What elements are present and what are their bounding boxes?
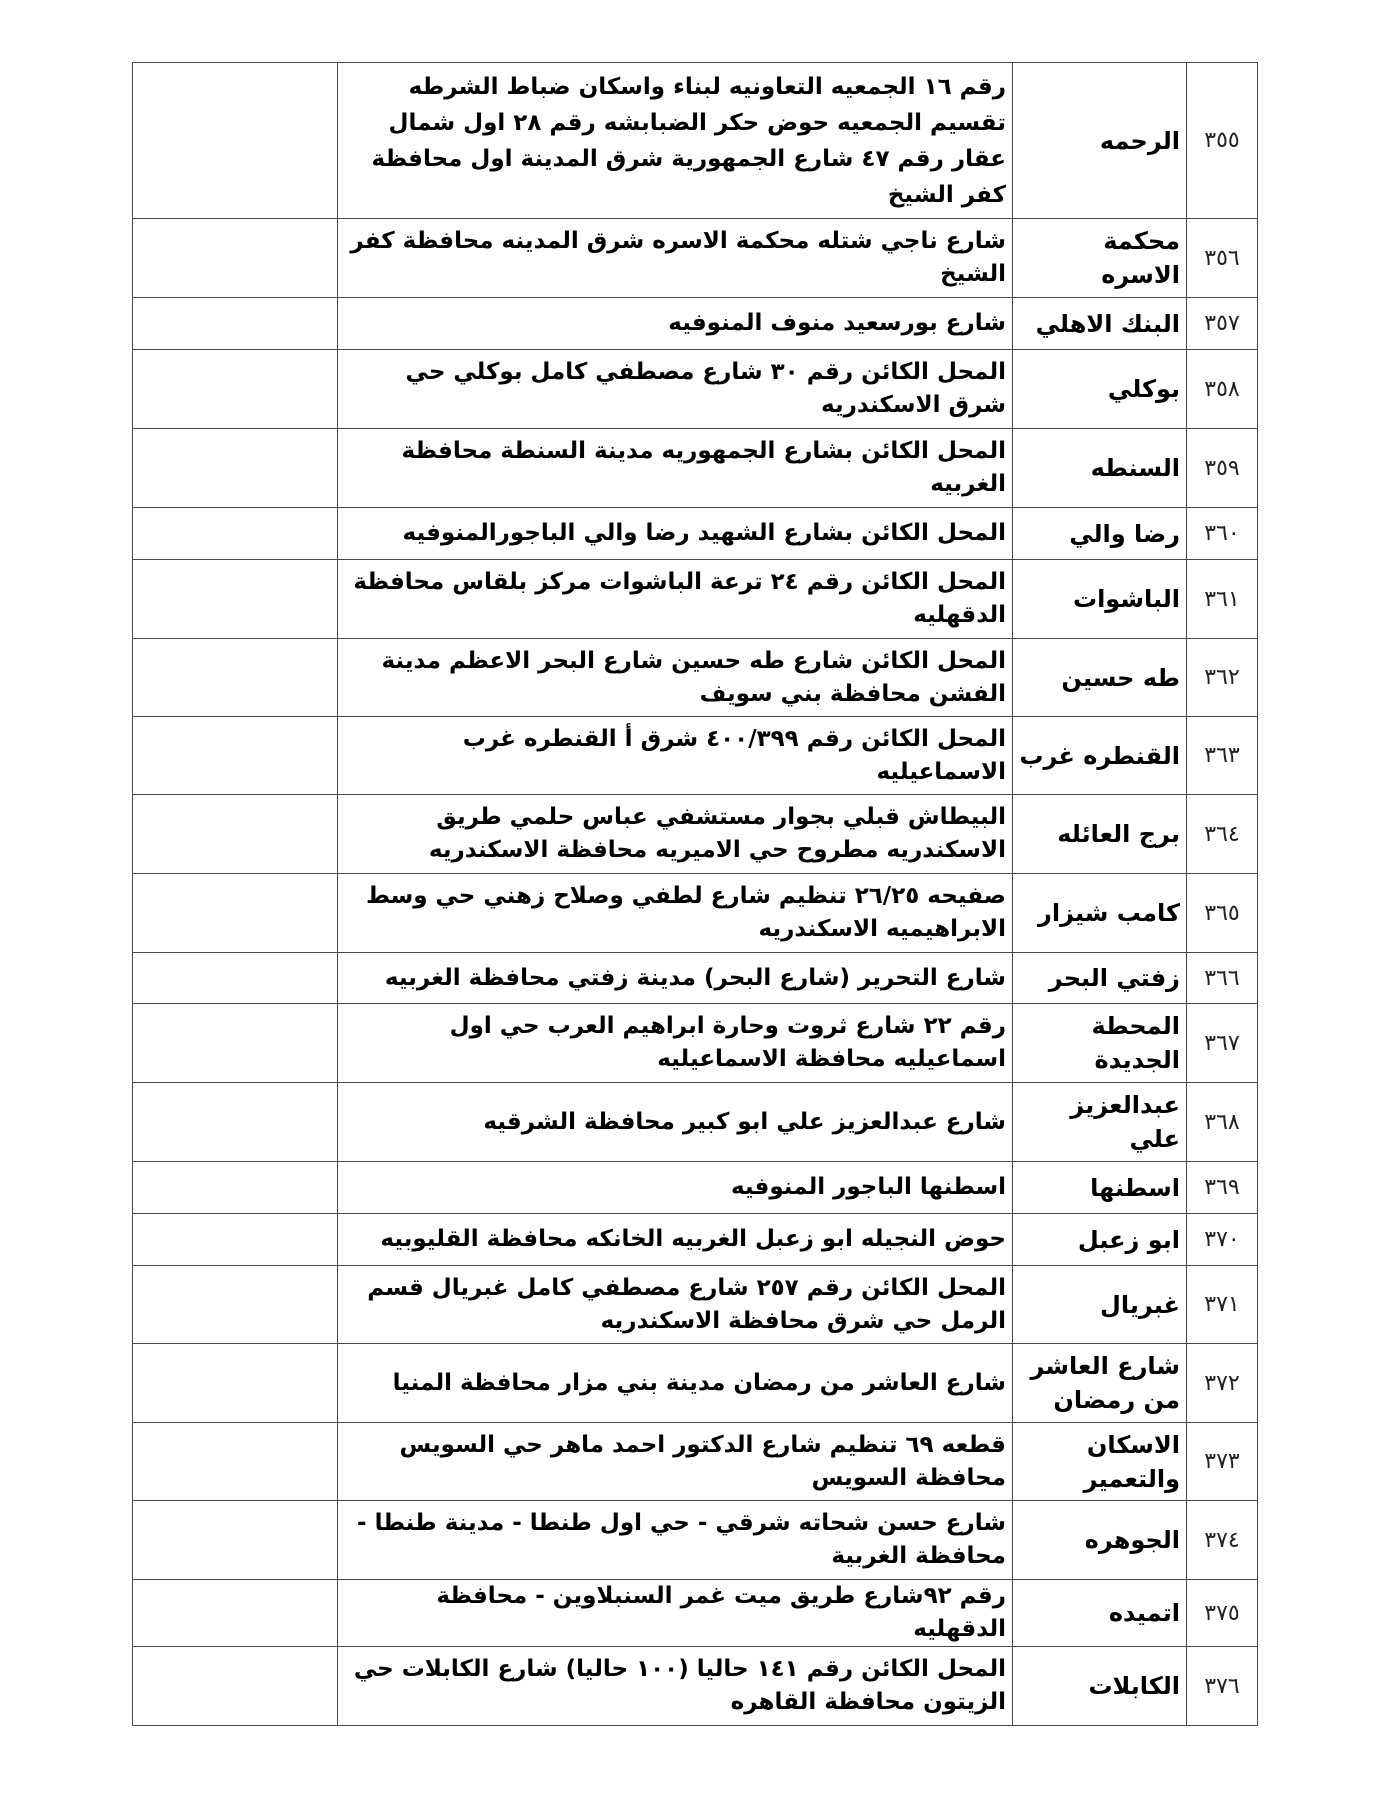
row-number-cell: ٣٦٤ [1187, 795, 1258, 874]
branch-name-cell: بوكلي [1013, 350, 1187, 429]
table-row: ٣٦٩ اسطنها اسطنها الباجور المنوفيه [133, 1162, 1258, 1214]
notes-cell [133, 1647, 338, 1726]
row-number-cell: ٣٧١ [1187, 1266, 1258, 1344]
row-number-cell: ٣٦٥ [1187, 874, 1258, 953]
branch-name-cell: ابو زعبل [1013, 1214, 1187, 1266]
row-number-cell: ٣٧٤ [1187, 1501, 1258, 1580]
row-number-cell: ٣٥٦ [1187, 219, 1258, 298]
notes-cell [133, 219, 338, 298]
branch-name-cell: القنطره غرب [1013, 717, 1187, 795]
address-cell: المحل الكائن رقم ٢٥٧ شارع مصطفي كامل غبر… [338, 1266, 1013, 1344]
table-row: ٣٧٥ اتميده رقم ٩٢شارع طريق ميت غمر السنب… [133, 1580, 1258, 1647]
row-number-cell: ٣٧٣ [1187, 1423, 1258, 1501]
notes-cell [133, 1083, 338, 1162]
table-row: ٣٥٥ الرحمه رقم ١٦ الجمعيه التعاونيه لبنا… [133, 63, 1258, 219]
table-row: ٣٧٦ الكابلات المحل الكائن رقم ١٤١ حاليا … [133, 1647, 1258, 1726]
table-row: ٣٧٤ الجوهره شارع حسن شحاته شرقي - حي اول… [133, 1501, 1258, 1580]
table-row: ٣٦٣ القنطره غرب المحل الكائن رقم ٤٠٠/٣٩٩… [133, 717, 1258, 795]
notes-cell [133, 1580, 338, 1647]
address-cell: المحل الكائن بشارع الجمهوريه مدينة السنط… [338, 429, 1013, 508]
notes-cell [133, 1214, 338, 1266]
address-cell: شارع حسن شحاته شرقي - حي اول طنطا - مدين… [338, 1501, 1013, 1580]
row-number-cell: ٣٦٦ [1187, 953, 1258, 1004]
notes-cell [133, 639, 338, 717]
notes-cell [133, 1004, 338, 1083]
row-number-cell: ٣٥٧ [1187, 298, 1258, 350]
address-cell: المحل الكائن رقم ٤٠٠/٣٩٩ شرق أ القنطره غ… [338, 717, 1013, 795]
notes-cell [133, 1162, 338, 1214]
table-row: ٣٥٧ البنك الاهلي شارع بورسعيد منوف المنو… [133, 298, 1258, 350]
branch-name-cell: شارع العاشر من رمضان [1013, 1344, 1187, 1423]
row-number-cell: ٣٧٥ [1187, 1580, 1258, 1647]
notes-cell [133, 795, 338, 874]
branch-name-cell: كامب شيزار [1013, 874, 1187, 953]
address-cell: رقم ٩٢شارع طريق ميت غمر السنبلاوين - محا… [338, 1580, 1013, 1647]
row-number-cell: ٣٧٦ [1187, 1647, 1258, 1726]
address-cell: المحل الكائن رقم ١٤١ حاليا (١٠٠ حاليا) ش… [338, 1647, 1013, 1726]
table-row: ٣٥٦ محكمة الاسره شارع ناجي شتله محكمة ال… [133, 219, 1258, 298]
branch-name-cell: الاسكان والتعمير [1013, 1423, 1187, 1501]
notes-cell [133, 1266, 338, 1344]
row-number-cell: ٣٦٩ [1187, 1162, 1258, 1214]
table-row: ٣٦٥ كامب شيزار صفيحه ٢٦/٢٥ تنظيم شارع لط… [133, 874, 1258, 953]
table-row: ٣٦٦ زفتي البحر شارع التحرير (شارع البحر)… [133, 953, 1258, 1004]
notes-cell [133, 1501, 338, 1580]
notes-cell [133, 350, 338, 429]
table-body: ٣٥٥ الرحمه رقم ١٦ الجمعيه التعاونيه لبنا… [133, 63, 1258, 1726]
branch-name-cell: برج العائله [1013, 795, 1187, 874]
branch-name-cell: السنطه [1013, 429, 1187, 508]
address-cell: البيطاش قبلي بجوار مستشفي عباس حلمي طريق… [338, 795, 1013, 874]
branch-name-cell: الباشوات [1013, 560, 1187, 639]
table-row: ٣٧٢ شارع العاشر من رمضان شارع العاشر من … [133, 1344, 1258, 1423]
table-row: ٣٧١ غبريال المحل الكائن رقم ٢٥٧ شارع مصط… [133, 1266, 1258, 1344]
address-cell: شارع عبدالعزيز علي ابو كبير محافظة الشرق… [338, 1083, 1013, 1162]
row-number-cell: ٣٦٣ [1187, 717, 1258, 795]
row-number-cell: ٣٦٢ [1187, 639, 1258, 717]
notes-cell [133, 63, 338, 219]
branch-name-cell: الجوهره [1013, 1501, 1187, 1580]
address-cell: رقم ١٦ الجمعيه التعاونيه لبناء واسكان ضب… [338, 63, 1013, 219]
notes-cell [133, 298, 338, 350]
branch-name-cell: عبدالعزيز علي [1013, 1083, 1187, 1162]
table-row: ٣٦٤ برج العائله البيطاش قبلي بجوار مستشف… [133, 795, 1258, 874]
notes-cell [133, 429, 338, 508]
notes-cell [133, 874, 338, 953]
address-cell: حوض النجيله ابو زعبل الغربيه الخانكه محا… [338, 1214, 1013, 1266]
notes-cell [133, 1344, 338, 1423]
branch-name-cell: رضا والي [1013, 508, 1187, 560]
row-number-cell: ٣٦١ [1187, 560, 1258, 639]
address-cell: شارع بورسعيد منوف المنوفيه [338, 298, 1013, 350]
address-cell: صفيحه ٢٦/٢٥ تنظيم شارع لطفي وصلاح زهني ح… [338, 874, 1013, 953]
row-number-cell: ٣٥٥ [1187, 63, 1258, 219]
branch-name-cell: البنك الاهلي [1013, 298, 1187, 350]
branch-name-cell: زفتي البحر [1013, 953, 1187, 1004]
branch-name-cell: اتميده [1013, 1580, 1187, 1647]
address-cell: شارع ناجي شتله محكمة الاسره شرق المدينه … [338, 219, 1013, 298]
row-number-cell: ٣٥٨ [1187, 350, 1258, 429]
branch-name-cell: الرحمه [1013, 63, 1187, 219]
table-row: ٣٦٠ رضا والي المحل الكائن بشارع الشهيد ر… [133, 508, 1258, 560]
notes-cell [133, 953, 338, 1004]
table-row: ٣٥٩ السنطه المحل الكائن بشارع الجمهوريه … [133, 429, 1258, 508]
branch-name-cell: الكابلات [1013, 1647, 1187, 1726]
address-cell: شارع العاشر من رمضان مدينة بني مزار محاف… [338, 1344, 1013, 1423]
row-number-cell: ٣٦٧ [1187, 1004, 1258, 1083]
address-cell: شارع التحرير (شارع البحر) مدينة زفتي محا… [338, 953, 1013, 1004]
address-cell: المحل الكائن بشارع الشهيد رضا والي الباج… [338, 508, 1013, 560]
branch-name-cell: المحطة الجديدة [1013, 1004, 1187, 1083]
row-number-cell: ٣٦٠ [1187, 508, 1258, 560]
address-cell: اسطنها الباجور المنوفيه [338, 1162, 1013, 1214]
notes-cell [133, 560, 338, 639]
notes-cell [133, 717, 338, 795]
address-cell: قطعه ٦٩ تنظيم شارع الدكتور احمد ماهر حي … [338, 1423, 1013, 1501]
table-row: ٣٥٨ بوكلي المحل الكائن رقم ٣٠ شارع مصطفي… [133, 350, 1258, 429]
address-cell: المحل الكائن رقم ٣٠ شارع مصطفي كامل بوكل… [338, 350, 1013, 429]
row-number-cell: ٣٧٠ [1187, 1214, 1258, 1266]
branch-name-cell: غبريال [1013, 1266, 1187, 1344]
address-cell: المحل الكائن رقم ٢٤ ترعة الباشوات مركز ب… [338, 560, 1013, 639]
branch-name-cell: محكمة الاسره [1013, 219, 1187, 298]
address-cell: رقم ٢٢ شارع ثروت وحارة ابراهيم العرب حي … [338, 1004, 1013, 1083]
table-row: ٣٦٧ المحطة الجديدة رقم ٢٢ شارع ثروت وحار… [133, 1004, 1258, 1083]
table-row: ٣٦١ الباشوات المحل الكائن رقم ٢٤ ترعة ال… [133, 560, 1258, 639]
address-cell: المحل الكائن شارع طه حسين شارع البحر الا… [338, 639, 1013, 717]
table-row: ٣٧٠ ابو زعبل حوض النجيله ابو زعبل الغربي… [133, 1214, 1258, 1266]
table-row: ٣٦٨ عبدالعزيز علي شارع عبدالعزيز علي ابو… [133, 1083, 1258, 1162]
table-row: ٣٧٣ الاسكان والتعمير قطعه ٦٩ تنظيم شارع … [133, 1423, 1258, 1501]
branches-table: ٣٥٥ الرحمه رقم ١٦ الجمعيه التعاونيه لبنا… [132, 62, 1258, 1726]
row-number-cell: ٣٦٨ [1187, 1083, 1258, 1162]
notes-cell [133, 508, 338, 560]
row-number-cell: ٣٥٩ [1187, 429, 1258, 508]
branch-name-cell: طه حسين [1013, 639, 1187, 717]
notes-cell [133, 1423, 338, 1501]
row-number-cell: ٣٧٢ [1187, 1344, 1258, 1423]
branch-name-cell: اسطنها [1013, 1162, 1187, 1214]
table-row: ٣٦٢ طه حسين المحل الكائن شارع طه حسين شا… [133, 639, 1258, 717]
